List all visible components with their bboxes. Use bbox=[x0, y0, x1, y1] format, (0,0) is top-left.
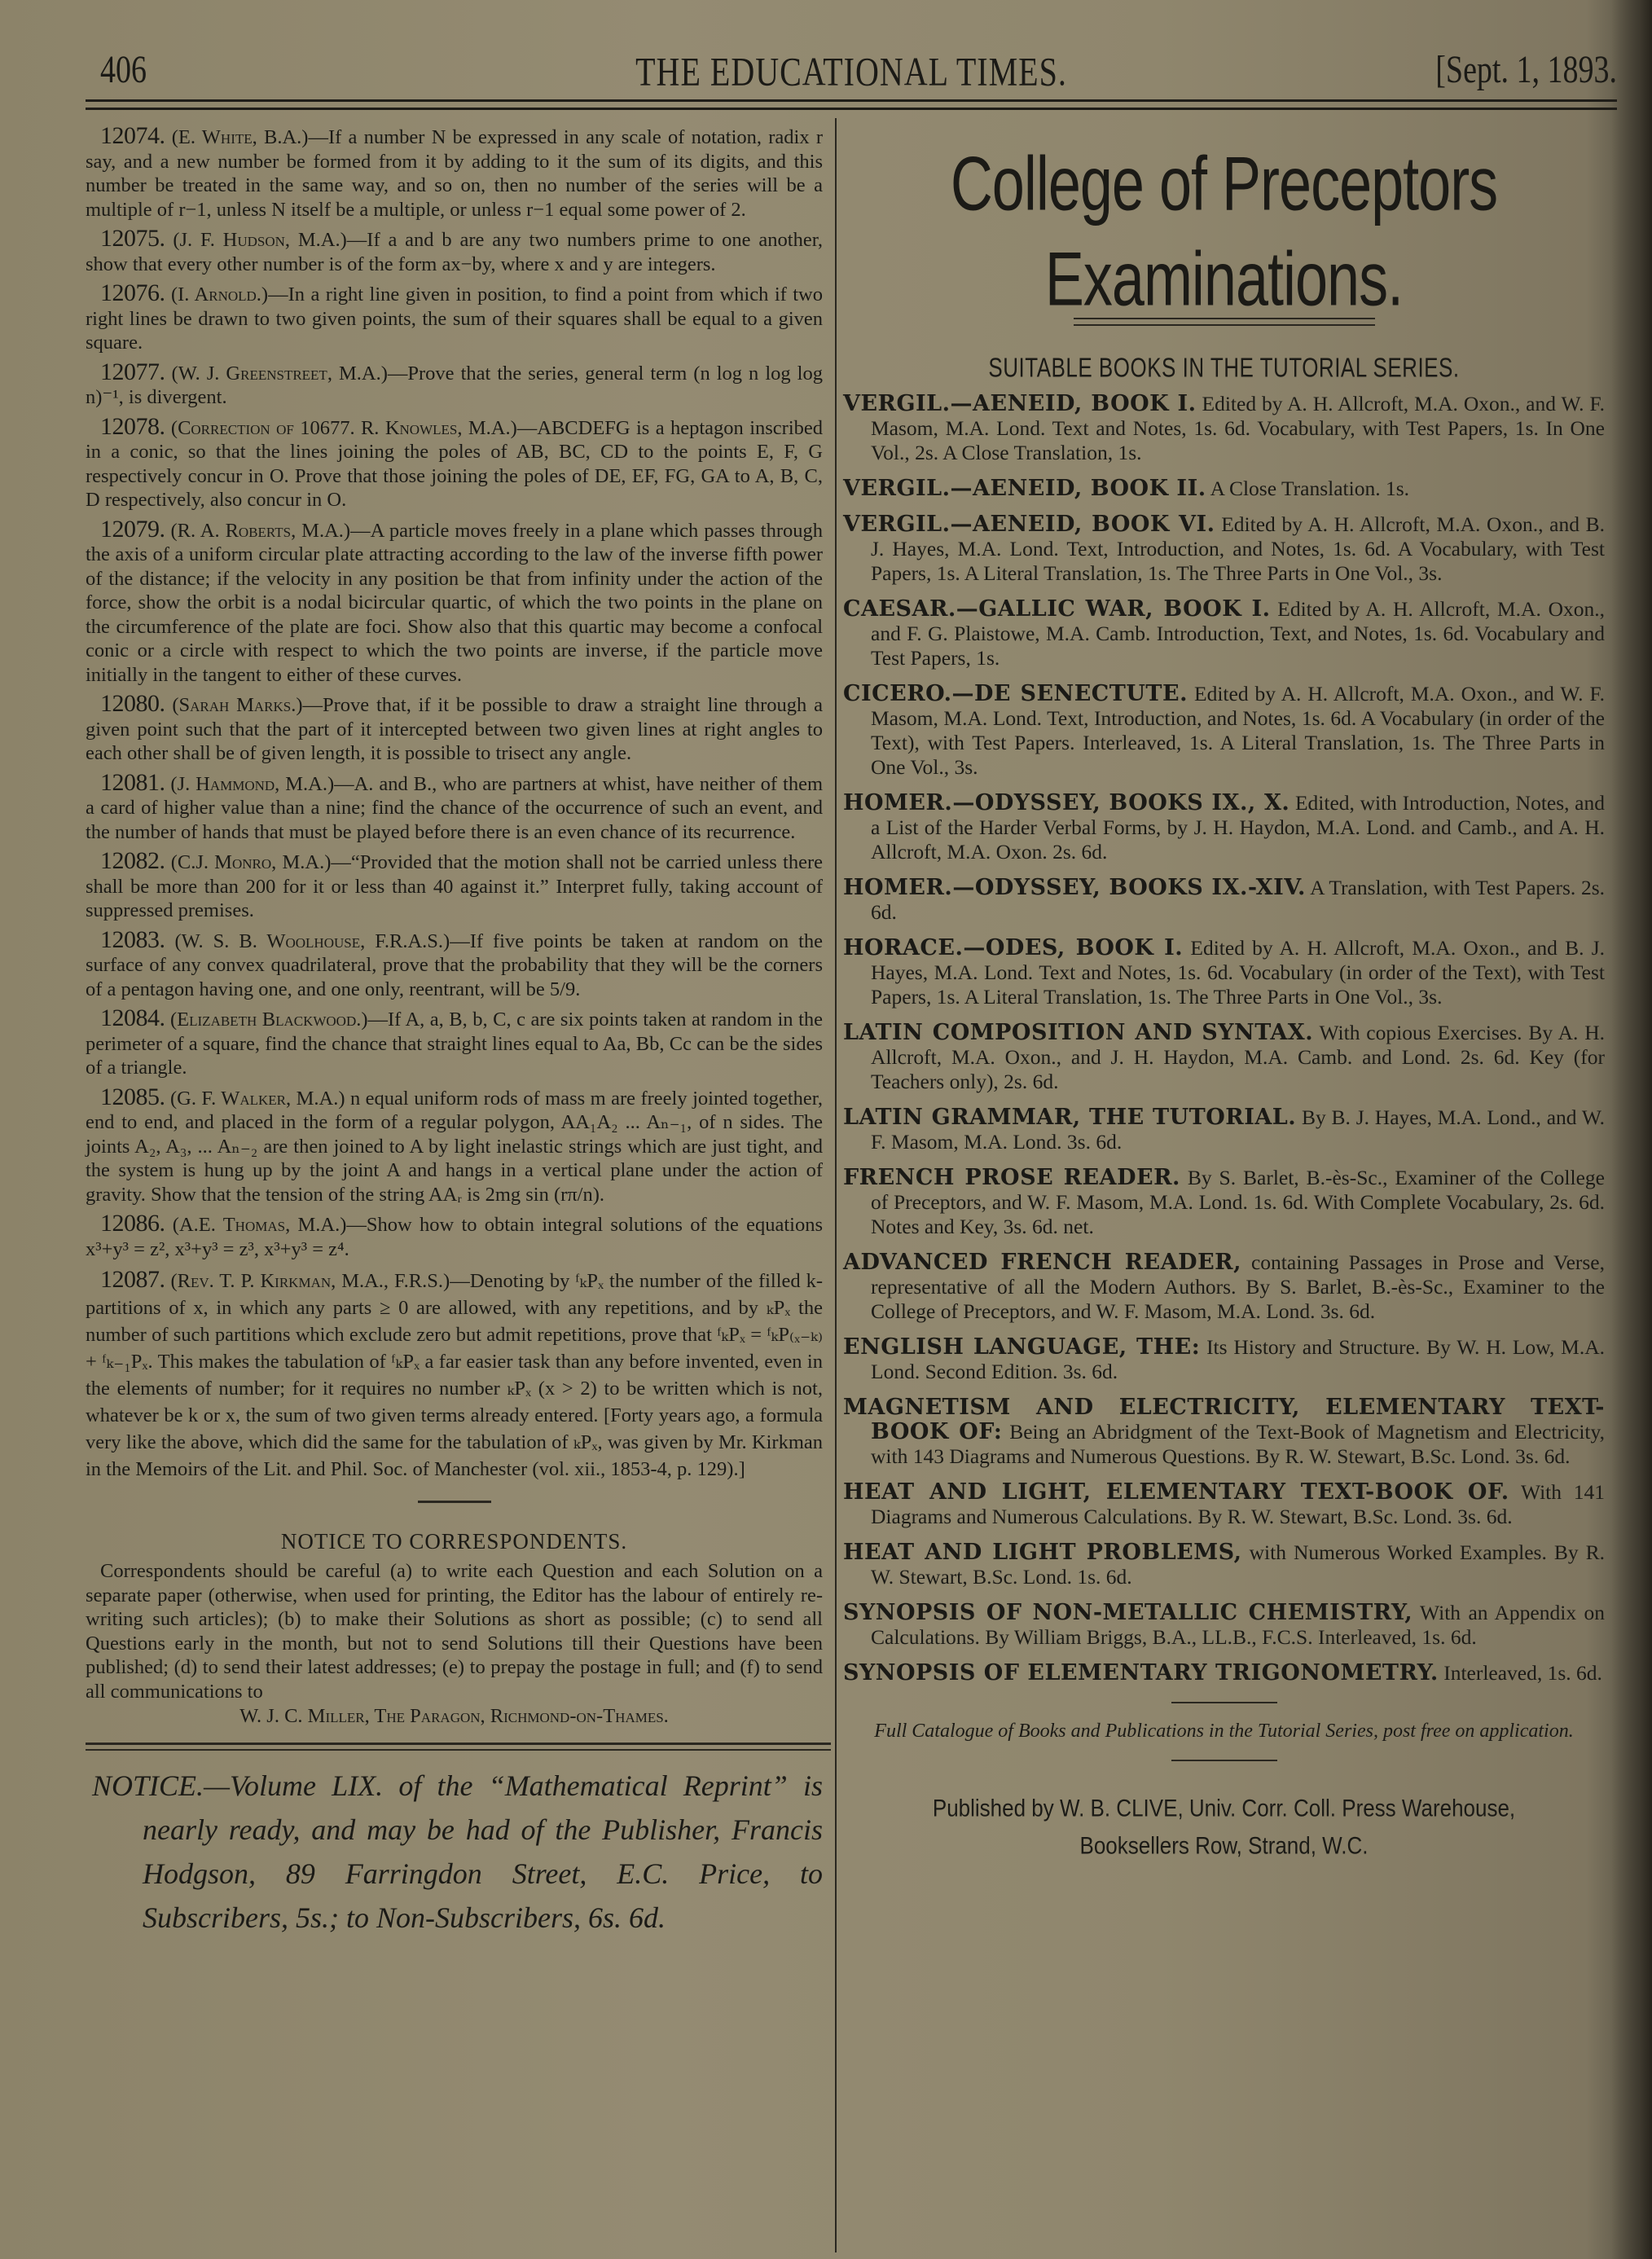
publisher-imprint: Published by W. B. CLIVE, Univ. Corr. Co… bbox=[843, 1789, 1605, 1864]
book-listing: HEAT AND LIGHT PROBLEMS, with Numerous W… bbox=[843, 1540, 1605, 1589]
notice-body: Correspondents should be careful (a) to … bbox=[86, 1559, 823, 1703]
book-spine-shadow bbox=[1611, 0, 1652, 2259]
book-title: CICERO.—DE SENECTUTE. bbox=[843, 681, 1188, 706]
book-listing: VERGIL.—AENEID, BOOK I. Edited by A. H. … bbox=[843, 392, 1605, 465]
book-listing: HOMER.—ODYSSEY, BOOKS IX., X. Edited, wi… bbox=[843, 791, 1605, 864]
book-title: HOMER.—ODYSSEY, BOOKS IX., X. bbox=[843, 790, 1290, 815]
question-author: (I. Arnold.) bbox=[171, 283, 268, 305]
question-author: (W. S. B. Woolhouse, F.R.A.S.) bbox=[174, 930, 450, 952]
question-number: 12080. bbox=[100, 690, 165, 717]
book-title: ADVANCED FRENCH READER, bbox=[843, 1250, 1241, 1275]
book-listing: SYNOPSIS OF NON-METALLIC CHEMISTRY, With… bbox=[843, 1601, 1605, 1650]
question-number: 12086. bbox=[100, 1210, 165, 1237]
question-number: 12083. bbox=[100, 926, 165, 953]
book-listing: ENGLISH LANGUAGE, THE: Its History and S… bbox=[843, 1335, 1605, 1384]
question-author: (Correction of 10677. R. Knowles, M.A.) bbox=[171, 417, 517, 439]
catalogue-note: Full Catalogue of Books and Publications… bbox=[843, 1720, 1605, 1743]
book-listing: VERGIL.—AENEID, BOOK II. A Close Transla… bbox=[843, 477, 1605, 501]
question-number: 12076. bbox=[100, 279, 165, 306]
book-title: SYNOPSIS OF ELEMENTARY TRIGONOMETRY. bbox=[843, 1660, 1439, 1685]
question-author: (Rev. T. P. Kirkman, M.A., F.R.S.) bbox=[170, 1270, 450, 1292]
book-title: HEAT AND LIGHT, ELEMENTARY TEXT-BOOK OF. bbox=[843, 1479, 1509, 1505]
book-title: VERGIL.—AENEID, BOOK II. bbox=[843, 476, 1206, 501]
book-title: FRENCH PROSE READER. bbox=[843, 1165, 1180, 1190]
newspaper-page: 406 THE EDUCATIONAL TIMES. [Sept. 1, 189… bbox=[0, 0, 1652, 2259]
question-12083: 12083. (W. S. B. Woolhouse, F.R.A.S.)—If… bbox=[86, 928, 823, 1002]
advert-title: College of Preceptors Examinations. bbox=[843, 137, 1605, 327]
question-12079: 12079. (R. A. Roberts, M.A.)—A particle … bbox=[86, 517, 823, 688]
publisher-line-1: Published by W. B. CLIVE, Univ. Corr. Co… bbox=[843, 1789, 1605, 1826]
question-author: (G. F. Walker, M.A.) bbox=[170, 1088, 345, 1110]
question-number: 12084. bbox=[100, 1004, 165, 1031]
section-divider bbox=[1171, 1760, 1277, 1761]
reprint-notice: NOTICE.—Volume LIX. of the “Mathematical… bbox=[86, 1764, 823, 1940]
question-12087: 12087. (Rev. T. P. Kirkman, M.A., F.R.S.… bbox=[86, 1266, 823, 1483]
question-12074: 12074. (E. White, B.A.)—If a number N be… bbox=[86, 124, 823, 222]
column-divider bbox=[835, 118, 837, 2252]
question-author: (C.J. Monro, M.A.) bbox=[171, 851, 332, 873]
book-listing: CICERO.—DE SENECTUTE. Edited by A. H. Al… bbox=[843, 682, 1605, 780]
book-description: A Close Translation. 1s. bbox=[1206, 477, 1409, 500]
question-number: 12081. bbox=[100, 769, 165, 796]
book-title: LATIN GRAMMAR, THE TUTORIAL. bbox=[843, 1105, 1296, 1130]
advert-subtitle: SUITABLE BOOKS IN THE TUTORIAL SERIES. bbox=[843, 351, 1605, 384]
question-author: (Elizabeth Blackwood.) bbox=[170, 1009, 368, 1031]
book-listing: VERGIL.—AENEID, BOOK VI. Edited by A. H.… bbox=[843, 512, 1605, 586]
book-listing: HORACE.—ODES, BOOK I. Edited by A. H. Al… bbox=[843, 936, 1605, 1009]
book-listing: SYNOPSIS OF ELEMENTARY TRIGONOMETRY. Int… bbox=[843, 1661, 1605, 1685]
issue-date: [Sept. 1, 1893. bbox=[1435, 48, 1617, 93]
question-12084: 12084. (Elizabeth Blackwood.)—If A, a, B… bbox=[86, 1006, 823, 1080]
question-number: 12077. bbox=[100, 358, 165, 385]
section-divider bbox=[418, 1501, 491, 1503]
question-12081: 12081. (J. Hammond, M.A.)—A. and B., who… bbox=[86, 771, 823, 845]
book-listing: ADVANCED FRENCH READER, containing Passa… bbox=[843, 1250, 1605, 1324]
book-title: ENGLISH LANGUAGE, THE: bbox=[843, 1334, 1200, 1360]
reprint-divider bbox=[86, 1728, 823, 1764]
book-title: VERGIL.—AENEID, BOOK VI. bbox=[843, 512, 1215, 537]
book-listing: LATIN GRAMMAR, THE TUTORIAL. By B. J. Ha… bbox=[843, 1105, 1605, 1154]
book-listing: CAESAR.—GALLIC WAR, BOOK I. Edited by A.… bbox=[843, 597, 1605, 670]
book-title: CAESAR.—GALLIC WAR, BOOK I. bbox=[843, 596, 1271, 622]
question-12082: 12082. (C.J. Monro, M.A.)—“Provided that… bbox=[86, 849, 823, 923]
question-number: 12085. bbox=[100, 1083, 165, 1110]
question-12075: 12075. (J. F. Hudson, M.A.)—If a and b a… bbox=[86, 226, 823, 276]
question-number: 12082. bbox=[100, 847, 165, 874]
masthead: 406 THE EDUCATIONAL TIMES. [Sept. 1, 189… bbox=[86, 49, 1617, 98]
question-12078: 12078. (Correction of 10677. R. Knowles,… bbox=[86, 415, 823, 512]
book-listing: HOMER.—ODYSSEY, BOOKS IX.-XIV. A Transla… bbox=[843, 876, 1605, 925]
question-number: 12078. bbox=[100, 413, 165, 440]
question-author: (Sarah Marks.) bbox=[172, 694, 302, 716]
question-text: —Denoting by ᶠₖPₓ the number of the fill… bbox=[86, 1270, 823, 1480]
question-12085: 12085. (G. F. Walker, M.A.) n equal unif… bbox=[86, 1085, 823, 1207]
question-12076: 12076. (I. Arnold.)—In a right line give… bbox=[86, 281, 823, 355]
questions-column: 12074. (E. White, B.A.)—If a number N be… bbox=[86, 124, 823, 1940]
book-description: Interleaved, 1s. 6d. bbox=[1439, 1661, 1602, 1685]
question-text: —A particle moves freely in a plane whic… bbox=[86, 520, 823, 686]
question-author: (E. White, B.A.) bbox=[172, 126, 309, 148]
question-number: 12079. bbox=[100, 516, 165, 543]
question-number: 12074. bbox=[100, 122, 165, 149]
publisher-line-2: Booksellers Row, Strand, W.C. bbox=[843, 1826, 1605, 1864]
notice-title: NOTICE TO CORRESPONDENTS. bbox=[86, 1529, 823, 1554]
book-title: VERGIL.—AENEID, BOOK I. bbox=[843, 391, 1197, 416]
book-listing: HEAT AND LIGHT, ELEMENTARY TEXT-BOOK OF.… bbox=[843, 1480, 1605, 1529]
book-title: SYNOPSIS OF NON-METALLIC CHEMISTRY, bbox=[843, 1600, 1413, 1625]
masthead-rule-2 bbox=[86, 108, 1617, 110]
notice-signature: W. J. C. Miller, The Paragon, Richmond-o… bbox=[86, 1705, 823, 1728]
section-divider bbox=[1171, 1702, 1277, 1703]
question-12080: 12080. (Sarah Marks.)—Prove that, if it … bbox=[86, 692, 823, 766]
book-title: LATIN COMPOSITION AND SYNTAX. bbox=[843, 1020, 1313, 1045]
publication-title: THE EDUCATIONAL TIMES. bbox=[86, 47, 1617, 95]
book-title: HOMER.—ODYSSEY, BOOKS IX.-XIV. bbox=[843, 875, 1306, 900]
question-author: (A.E. Thomas, M.A.) bbox=[173, 1214, 347, 1236]
question-author: (J. F. Hudson, M.A.) bbox=[173, 229, 346, 251]
question-number: 12087. bbox=[100, 1266, 165, 1293]
book-listing: LATIN COMPOSITION AND SYNTAX. With copio… bbox=[843, 1021, 1605, 1094]
advertisement-column: College of Preceptors Examinations. SUIT… bbox=[843, 130, 1605, 1859]
question-number: 12075. bbox=[100, 225, 165, 252]
question-author: (R. A. Roberts, M.A.) bbox=[171, 520, 351, 542]
book-listing: FRENCH PROSE READER. By S. Barlet, B.-ès… bbox=[843, 1166, 1605, 1239]
question-12077: 12077. (W. J. Greenstreet, M.A.)—Prove t… bbox=[86, 360, 823, 410]
book-title: HORACE.—ODES, BOOK I. bbox=[843, 935, 1183, 960]
book-title: HEAT AND LIGHT PROBLEMS, bbox=[843, 1540, 1242, 1565]
question-12086: 12086. (A.E. Thomas, M.A.)—Show how to o… bbox=[86, 1211, 823, 1261]
question-author: (W. J. Greenstreet, M.A.) bbox=[172, 363, 388, 385]
book-listing: MAGNETISM AND ELECTRICITY, ELEMENTARY TE… bbox=[843, 1395, 1605, 1469]
question-author: (J. Hammond, M.A.) bbox=[170, 773, 334, 795]
masthead-rule bbox=[86, 99, 1617, 102]
